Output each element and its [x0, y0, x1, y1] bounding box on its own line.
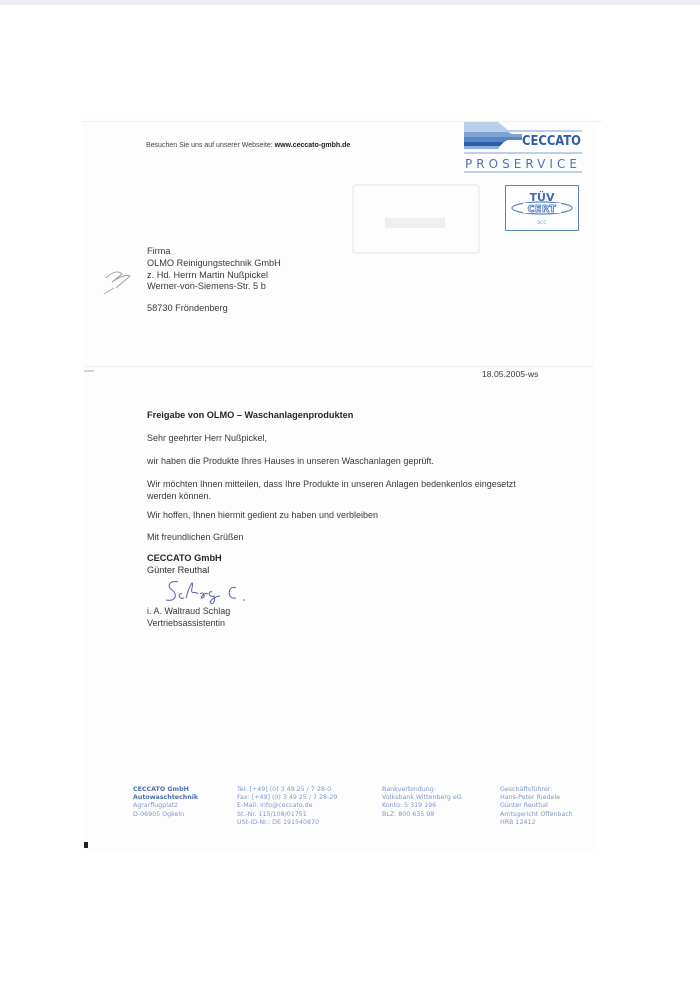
handwritten-signature [160, 574, 270, 608]
footer-bank-name: Volksbank Wittenberg eG [382, 794, 462, 802]
ceccato-proservice-logo: CECCATO PROSERVICE [464, 122, 582, 178]
signer-title: Vertriebsassistentin [147, 618, 230, 630]
website-url[interactable]: www.ceccato-gmbh.de [275, 142, 351, 149]
binder-hole-mark [84, 842, 88, 848]
sender-company: CECCATO GmbH [147, 553, 222, 565]
fold-mark [84, 370, 94, 372]
signer-block: i. A. Waltraud Schlag Vertriebsassistent… [147, 606, 230, 630]
paragraph-2-line-1: Wir möchten Ihnen mitteilen, dass Ihre P… [147, 479, 516, 491]
footer-bank-label: Bankverbindung: [382, 786, 462, 794]
svg-text:SCC: SCC [537, 220, 546, 226]
logo-brand-text: CECCATO [522, 134, 581, 149]
handwritten-mark [100, 268, 150, 300]
footer-email[interactable]: E-Mail: info@ceccato.de [237, 802, 337, 810]
footer-company-city: D-06905 Ogkeln [133, 811, 198, 819]
website-line: Besuchen Sie uns auf unserer Webseite: w… [146, 142, 350, 149]
footer-company-division: Autowaschtechnik [133, 794, 198, 802]
footer-court: Amtsgericht Offenbach [500, 811, 573, 819]
footer-director-1: Hans-Peter Riedele [500, 794, 573, 802]
tuv-cert-icon: TÜV CERT SCC [506, 186, 578, 230]
recipient-line: Firma [147, 246, 281, 258]
footer-company: CECCATO GmbH Autowaschtechnik Agrarflugp… [133, 786, 198, 819]
footer-contact: Tel: [+49] (0) 3 49 25 / 7 28-0 Fax: [+4… [237, 786, 337, 827]
faded-stamp-text [385, 218, 445, 228]
footer-bank-account: Konto: 5 319 196 [382, 802, 462, 810]
recipient-line: Werner-von-Siemens-Str. 5 b [147, 281, 281, 293]
tuv-cert-badge: TÜV CERT SCC [505, 185, 579, 231]
footer-tax-no: St.-Nr. 115/108/01751 [237, 811, 337, 819]
signer-name: i. A. Waltraud Schlag [147, 606, 230, 618]
footer-company-street: Agrarflugplatz [133, 802, 198, 810]
paragraph-3: Wir hoffen, Ihnen hiermit gedient zu hab… [147, 510, 378, 522]
website-prefix: Besuchen Sie uns auf unserer Webseite: [146, 142, 275, 149]
footer-register: HRB 12412 [500, 819, 573, 827]
logo-service-text: PROSERVICE [465, 157, 580, 171]
recipient-line: OLMO Reinigungstechnik GmbH [147, 258, 281, 270]
footer-company-name: CECCATO GmbH [133, 786, 198, 794]
footer-bank-blz: BLZ: 800 635 98 [382, 811, 462, 819]
footer-vat-id: USt-ID-Nr.: DE 191540870 [237, 819, 337, 827]
letter-subject: Freigabe von OLMO – Waschanlagenprodukte… [147, 410, 353, 420]
footer-director-2: Günter Reuthal [500, 802, 573, 810]
scan-top-edge [0, 0, 700, 5]
closing: Mit freundlichen Grüßen [147, 532, 244, 544]
footer-bank: Bankverbindung: Volksbank Wittenberg eG … [382, 786, 462, 819]
footer-management-label: Geschäftsführer: [500, 786, 573, 794]
footer-management: Geschäftsführer: Hans-Peter Riedele Günt… [500, 786, 573, 827]
recipient-line: z. Hd. Herrn Martin Nußpickel [147, 270, 281, 282]
paragraph-2-line-2: werden können. [147, 491, 516, 503]
date-reference: 18.05.2005-ws [482, 369, 538, 379]
paragraph-2: Wir möchten Ihnen mitteilen, dass Ihre P… [147, 479, 516, 503]
svg-text:CERT: CERT [528, 204, 557, 215]
fold-line [84, 366, 594, 367]
footer-tel: Tel: [+49] (0) 3 49 25 / 7 28-0 [237, 786, 337, 794]
recipient-city: 58730 Fröndenberg [147, 303, 228, 313]
salutation: Sehr geehrter Herr Nußpickel, [147, 433, 267, 445]
recipient-address: Firma OLMO Reinigungstechnik GmbH z. Hd.… [147, 246, 281, 293]
paragraph-1: wir haben die Produkte Ihres Hauses in u… [147, 456, 434, 468]
